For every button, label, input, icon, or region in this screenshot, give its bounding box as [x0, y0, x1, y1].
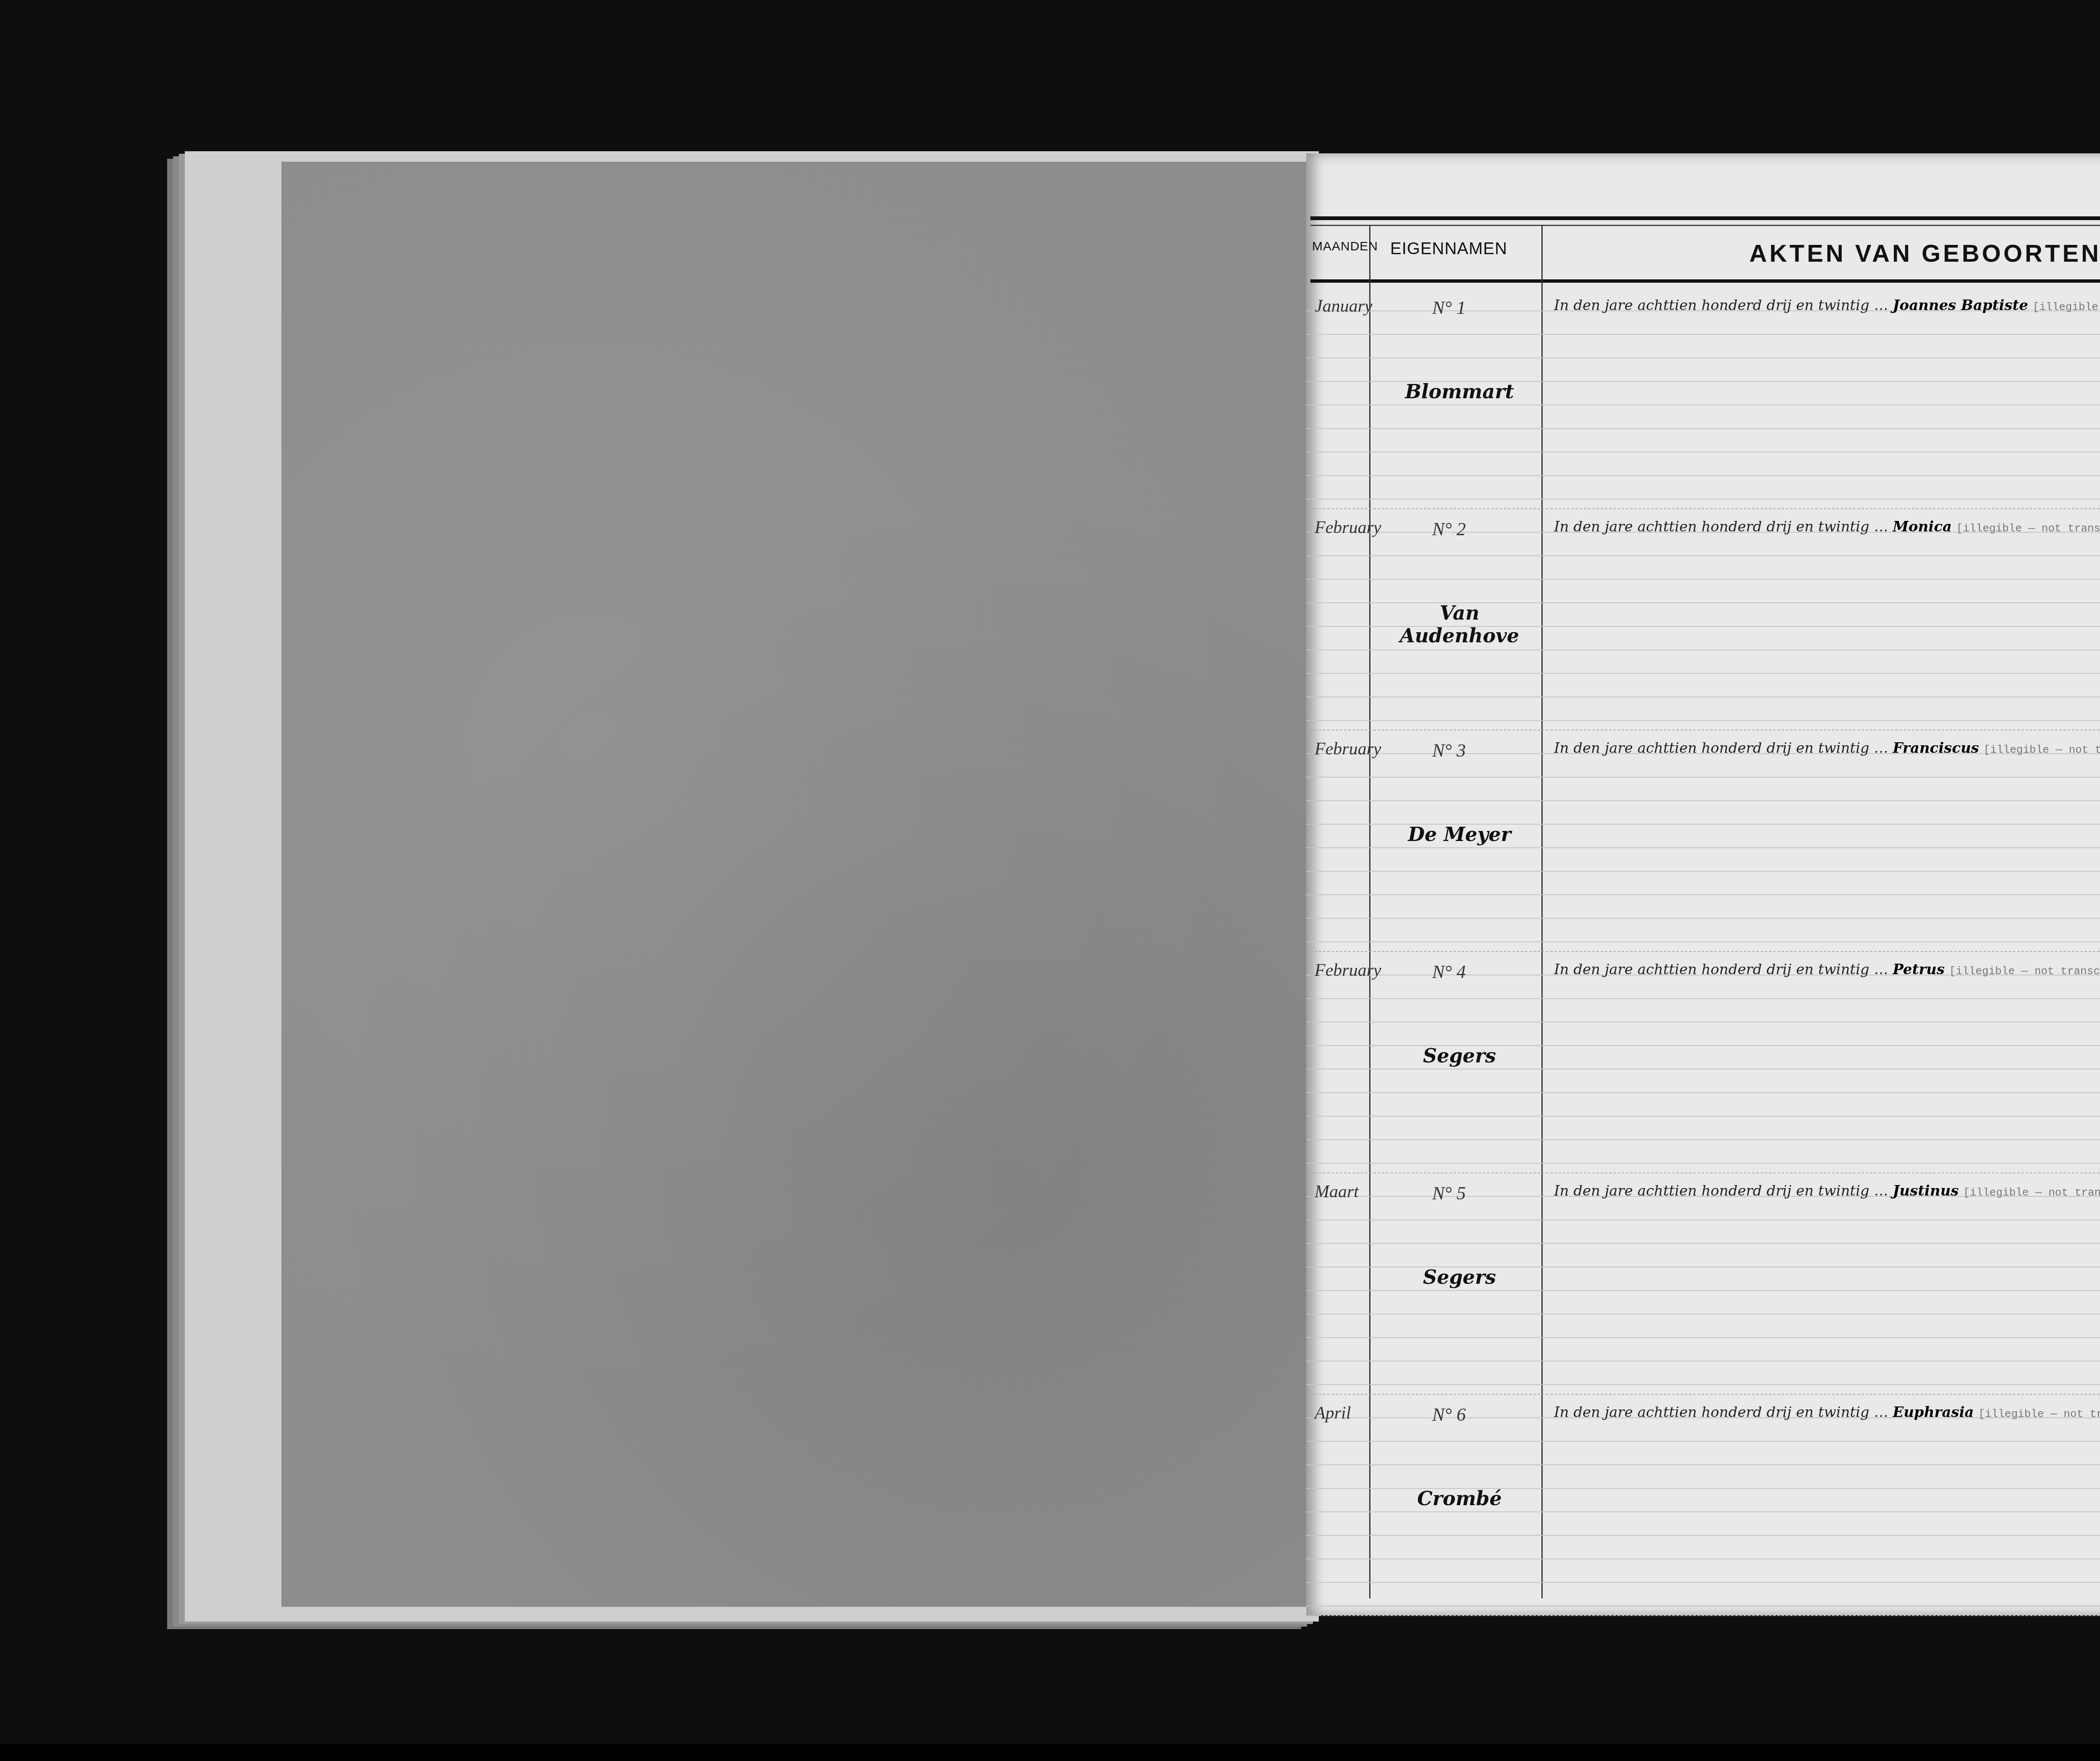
entry-month: April — [1315, 1403, 1351, 1423]
column-header-months: MAANDEN — [1312, 239, 1378, 254]
register-entry: February N° 4 Segers In den jare achttie… — [1306, 952, 2100, 1173]
entry-month: February — [1315, 739, 1381, 759]
entry-given-name: Franciscus — [1893, 740, 1979, 757]
top-rule-thin — [1310, 225, 2100, 226]
entry-illegible-note: [illegible — not transcribed] — [2033, 301, 2100, 313]
register-entry: February N° 2 Van Audenhove In den jare … — [1306, 509, 2100, 731]
entry-opening: In den jare achttien honderd drij en twi… — [1554, 518, 1888, 535]
entry-illegible-note: [illegible — not transcribed] — [1956, 522, 2100, 535]
scanned-register-spread: MAANDEN EIGENNAMEN AKTEN VAN GEBOORTEN J… — [0, 0, 2100, 1761]
register-page: MAANDEN EIGENNAMEN AKTEN VAN GEBOORTEN J… — [1306, 153, 2100, 1615]
page-title: AKTEN VAN GEBOORTEN — [1541, 239, 2100, 268]
entry-body: In den jare achttien honderd drij en twi… — [1554, 294, 2100, 319]
entry-body: In den jare achttien honderd drij en twi… — [1554, 1179, 2100, 1204]
entry-body: In den jare achttien honderd drij en twi… — [1554, 1401, 2100, 1426]
entry-opening: In den jare achttien honderd drij en twi… — [1554, 740, 1888, 757]
column-header-names: EIGENNAMEN — [1390, 239, 1507, 258]
register-entry: Maart N° 5 Segers In den jare achttien h… — [1306, 1173, 2100, 1395]
entry-month: February — [1315, 518, 1381, 538]
register-entry: February N° 3 De Meyer In den jare achtt… — [1306, 731, 2100, 952]
entry-surname: Segers — [1382, 1266, 1537, 1288]
entry-surname: Crombé — [1382, 1487, 1537, 1510]
entry-opening: In den jare achttien honderd drij en twi… — [1554, 297, 1888, 314]
entry-list: January N° 1 Blommart In den jare achtti… — [1306, 288, 2100, 1616]
entry-act-number: N° 5 — [1432, 1183, 1466, 1204]
entry-body: In den jare achttien honderd drij en twi… — [1554, 958, 2100, 983]
entry-illegible-note: [illegible — not transcribed] — [1984, 744, 2100, 756]
register-entry: January N° 1 Blommart In den jare achtti… — [1306, 288, 2100, 509]
entry-surname: Van Audenhove — [1382, 602, 1537, 647]
register-entry: April N° 6 Crombé In den jare achttien h… — [1306, 1395, 2100, 1616]
entry-given-name: Petrus — [1893, 961, 1945, 978]
entry-opening: In den jare achttien honderd drij en twi… — [1554, 961, 1888, 978]
entry-surname: De Meyer — [1382, 823, 1537, 846]
entry-illegible-note: [illegible — not transcribed] — [1978, 1408, 2100, 1420]
entry-body: In den jare achttien honderd drij en twi… — [1554, 515, 2100, 540]
entry-act-number: N° 4 — [1432, 961, 1466, 983]
header-rule — [1310, 279, 2100, 283]
scan-border — [0, 1744, 2100, 1761]
entry-given-name: Justinus — [1893, 1183, 1958, 1199]
entry-given-name: Monica — [1893, 518, 1952, 535]
entry-surname: Segers — [1382, 1044, 1537, 1067]
tissue-interleaf — [281, 162, 1315, 1607]
top-rule — [1310, 216, 2100, 220]
entry-act-number: N° 2 — [1432, 518, 1466, 540]
entry-illegible-note: [illegible — not transcribed] — [1949, 965, 2100, 978]
entry-illegible-note: [illegible — not transcribed] — [1963, 1186, 2100, 1199]
entry-month: January — [1315, 296, 1373, 316]
entry-month: Maart — [1315, 1182, 1359, 1202]
entry-opening: In den jare achttien honderd drij en twi… — [1554, 1183, 1888, 1199]
entry-given-name: Joannes Baptiste — [1893, 297, 2028, 314]
entry-act-number: N° 6 — [1432, 1404, 1466, 1425]
entry-act-number: N° 3 — [1432, 740, 1466, 761]
entry-month: February — [1315, 960, 1381, 980]
entry-act-number: N° 1 — [1432, 297, 1466, 318]
entry-surname: Blommart — [1382, 380, 1537, 403]
entry-given-name: Euphrasia — [1893, 1404, 1974, 1421]
entry-body: In den jare achttien honderd drij en twi… — [1554, 736, 2100, 762]
entry-opening: In den jare achttien honderd drij en twi… — [1554, 1404, 1888, 1421]
